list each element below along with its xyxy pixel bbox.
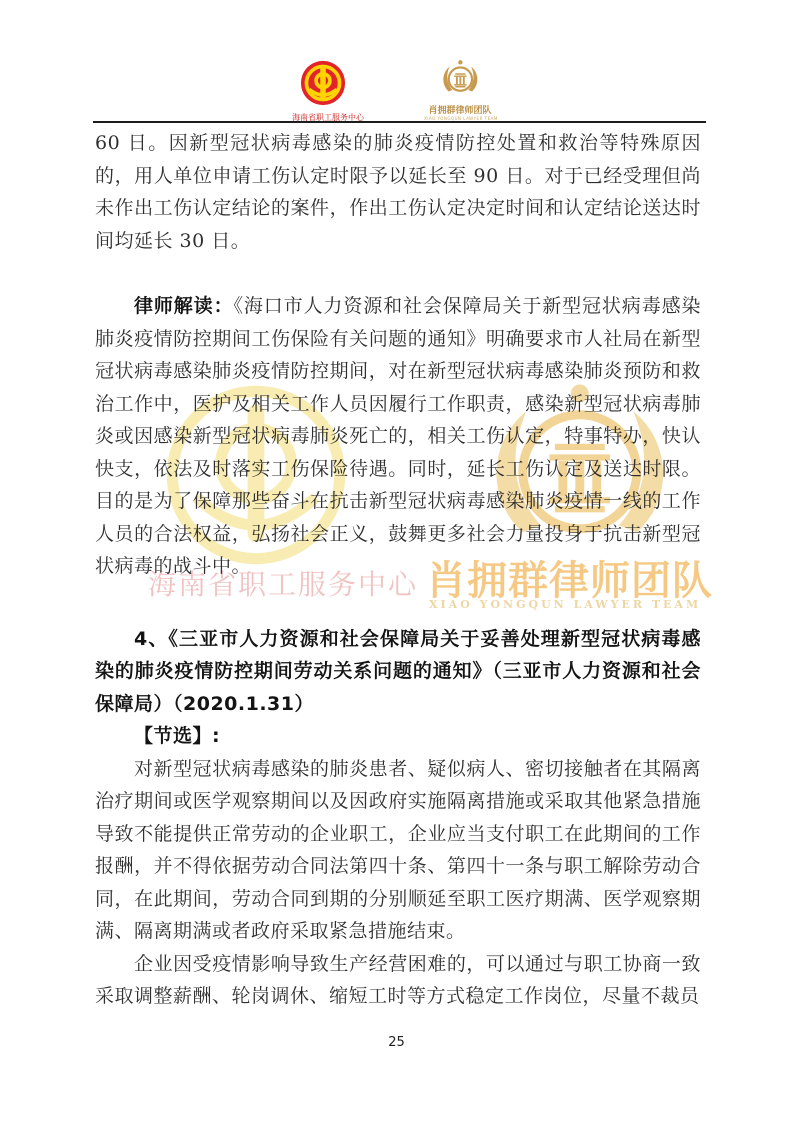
section-heading: 4、《三亚市人力资源和社会保障局关于妥善处理新型冠状病毒感染的肺炎疫情防控期间劳… — [95, 623, 701, 721]
lawyer-analysis-text: 《海口市人力资源和社会保障局关于新型冠状病毒感染肺炎疫情防控期间工伤保险有关问题… — [95, 295, 701, 577]
lawyer-logo-block: 肖拥群律师团队 XIAO YONGQUN LAWYER TEAM — [424, 58, 496, 121]
paragraph-excerpt-2: 企业因受疫情影响导致生产经营困难的，可以通过与职工协商一致采取调整薪酬、轮岗调休… — [95, 948, 701, 1013]
union-logo-icon — [300, 60, 346, 106]
excerpt-label: 【节选】: — [95, 720, 701, 753]
document-page: 海南省职工服务中心 肖拥群律师团队 XIAO YONGQUN LAWYER TE… — [0, 0, 793, 1122]
lawyer-logo-label: 肖拥群律师团队 — [424, 103, 496, 116]
page-number: 25 — [388, 1035, 405, 1050]
paragraph-continuation: 60 日。因新型冠状病毒感染的肺炎疫情防控处置和救治等特殊原因的，用人单位申请工… — [95, 127, 701, 257]
union-logo-block: 海南省职工服务中心 — [292, 60, 354, 123]
document-body: 60 日。因新型冠状病毒感染的肺炎疫情防控处置和救治等特殊原因的，用人单位申请工… — [95, 127, 701, 1013]
paragraph-excerpt-1: 对新型冠状病毒感染的肺炎患者、疑似病人、密切接触者在其隔离治疗期间或医学观察期间… — [95, 753, 701, 948]
lawyer-logo-icon — [432, 58, 488, 98]
header-divider — [93, 121, 706, 123]
page-footer: 25 — [0, 1035, 793, 1050]
paragraph-lawyer-analysis: 律师解读：《海口市人力资源和社会保障局关于新型冠状病毒感染肺炎疫情防控期间工伤保… — [95, 290, 701, 583]
lawyer-analysis-label: 律师解读： — [134, 295, 233, 317]
